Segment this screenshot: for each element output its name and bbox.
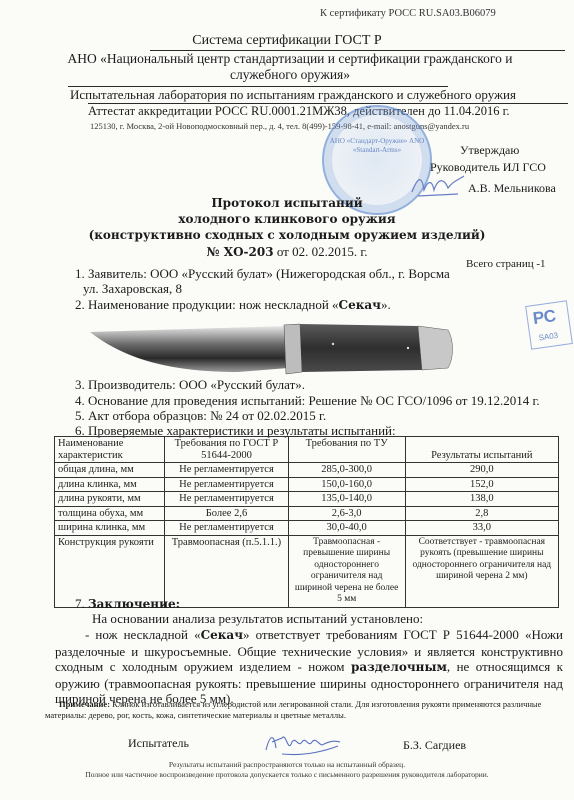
sample-act: 5. Акт отбора образцов: № 24 от 02.02.20… bbox=[75, 408, 326, 424]
conclusion-title: Заключение: bbox=[88, 597, 180, 611]
note: Примечание: Клинок изготавливается из уг… bbox=[45, 699, 565, 721]
cell-result: 290,0 bbox=[405, 463, 558, 478]
header-tu-req: Требования по ТУ bbox=[288, 437, 405, 463]
conclusion-intro: На основании анализа результатов испытан… bbox=[92, 611, 423, 627]
gost-code: SA03 bbox=[538, 331, 559, 343]
approver-name: А.В. Мельникова bbox=[468, 181, 556, 196]
cell-characteristic: ширина клинка, мм bbox=[55, 521, 165, 536]
header-gost-req: Требования по ГОСТ Р 51644-2000 bbox=[165, 437, 288, 463]
protocol-subtitle-2: (конструктивно сходных с холодным оружие… bbox=[0, 228, 574, 242]
product-name: 2. Наименование продукции: нож нескладно… bbox=[75, 297, 391, 313]
table-row: толщина обуха, мм Более 2,6 2,6-3,0 2,8 bbox=[55, 506, 559, 521]
cell-characteristic: длина рукояти, мм bbox=[55, 492, 165, 507]
cell-characteristic: длина клинка, мм bbox=[55, 477, 165, 492]
cell-tu: 30,0-40,0 bbox=[288, 521, 405, 536]
protocol-title: Протокол испытаний bbox=[0, 196, 574, 210]
table-row: общая длина, мм Не регламентируется 285,… bbox=[55, 463, 559, 478]
page-count: Всего страниц -1 bbox=[466, 258, 546, 270]
cell-result: 2,8 bbox=[405, 506, 558, 521]
cell-gost: Не регламентируется bbox=[165, 463, 288, 478]
cell-gost: Не регламентируется bbox=[165, 521, 288, 536]
table-header-row: Наименование характеристик Требования по… bbox=[55, 437, 559, 463]
note-label: Примечание: bbox=[59, 699, 110, 709]
stamp-text: АНО «Стандарт-Оружие» ANO «Standart-Arms… bbox=[324, 137, 430, 155]
cell-tu: 135,0-140,0 bbox=[288, 492, 405, 507]
manufacturer: 3. Производитель: ООО «Русский булат». bbox=[75, 377, 305, 393]
header-results: Результаты испытаний bbox=[405, 437, 558, 463]
disclaimer-line-1: Результаты испытаний распространяются то… bbox=[0, 760, 574, 769]
protocol-subtitle: холодного клинкового оружия bbox=[0, 212, 574, 226]
table-row: длина рукояти, мм Не регламентируется 13… bbox=[55, 492, 559, 507]
tester-name: Б.З. Сагдиев bbox=[403, 738, 466, 753]
conclusion-text-1: - нож нескладной « bbox=[55, 627, 201, 642]
results-table: Наименование характеристик Требования по… bbox=[54, 436, 559, 608]
test-basis: 4. Основание для проведения испытаний: Р… bbox=[75, 393, 540, 409]
cell-tu: 285,0-300,0 bbox=[288, 463, 405, 478]
cell-result: 152,0 bbox=[405, 477, 558, 492]
cell-tu: 150,0-160,0 bbox=[288, 477, 405, 492]
approver-signature-icon bbox=[408, 172, 468, 198]
protocol-date: от 02. 02.2015. г. bbox=[274, 244, 368, 259]
cell-result: Соответствует - травмоопасная рукоять (п… bbox=[405, 535, 558, 607]
conclusion-product: Секач bbox=[201, 628, 243, 642]
cell-tu: 2,6-3,0 bbox=[288, 506, 405, 521]
conclusion-type: разделочным bbox=[351, 660, 447, 674]
header-characteristic: Наименование характеристик bbox=[55, 437, 165, 463]
protocol-number-label: № ХО-203 bbox=[207, 245, 274, 259]
conclusion-number: 7. bbox=[75, 596, 88, 611]
cell-tu: Травмоопасная - превышение ширины одност… bbox=[288, 535, 405, 607]
knife-photo-icon bbox=[88, 322, 458, 377]
laboratory-name: Испытательная лаборатория по испытаниям … bbox=[70, 87, 516, 103]
gost-symbol: РС bbox=[532, 306, 558, 329]
product-suffix: ». bbox=[381, 297, 391, 312]
cell-characteristic: толщина обуха, мм bbox=[55, 506, 165, 521]
applicant-address: ул. Захаровская, 8 bbox=[83, 281, 182, 297]
cell-characteristic: общая длина, мм bbox=[55, 463, 165, 478]
conclusion-heading: 7. Заключение: bbox=[75, 596, 180, 612]
cell-result: 33,0 bbox=[405, 521, 558, 536]
table-row: длина клинка, мм Не регламентируется 150… bbox=[55, 477, 559, 492]
note-text: Клинок изготавливается из углеродистой и… bbox=[45, 699, 541, 720]
applicant: 1. Заявитель: ООО «Русский булат» (Нижег… bbox=[75, 266, 450, 282]
cell-gost: Не регламентируется bbox=[165, 477, 288, 492]
organization-name: АНО «Национальный центр стандартизации и… bbox=[60, 51, 520, 83]
product-title: Секач bbox=[339, 298, 381, 312]
cell-gost: Не регламентируется bbox=[165, 492, 288, 507]
conclusion-body: - нож нескладной «Секач» ответствует тре… bbox=[55, 627, 563, 707]
disclaimer-line-2: Полное или частичное воспроизведение про… bbox=[0, 770, 574, 779]
cell-gost: Более 2,6 bbox=[165, 506, 288, 521]
system-title: Система сертификации ГОСТ Р bbox=[0, 33, 574, 49]
tester-signature-icon bbox=[262, 728, 342, 758]
table-row: ширина клинка, мм Не регламентируется 30… bbox=[55, 521, 559, 536]
tester-role: Испытатель bbox=[128, 736, 189, 751]
gost-conformity-mark: РС SA03 bbox=[525, 300, 573, 349]
accreditation-info: Аттестат аккредитации РОСС RU.0001.21МЖ3… bbox=[88, 104, 509, 119]
cell-gost: Травмоопасная (п.5.1.1.) bbox=[165, 535, 288, 607]
cell-result: 138,0 bbox=[405, 492, 558, 507]
approval-label: Утверждаю bbox=[460, 143, 519, 158]
certificate-reference: К сертификату РОСС RU.SA03.B06079 bbox=[320, 8, 496, 19]
product-prefix: 2. Наименование продукции: нож нескладно… bbox=[75, 297, 339, 312]
